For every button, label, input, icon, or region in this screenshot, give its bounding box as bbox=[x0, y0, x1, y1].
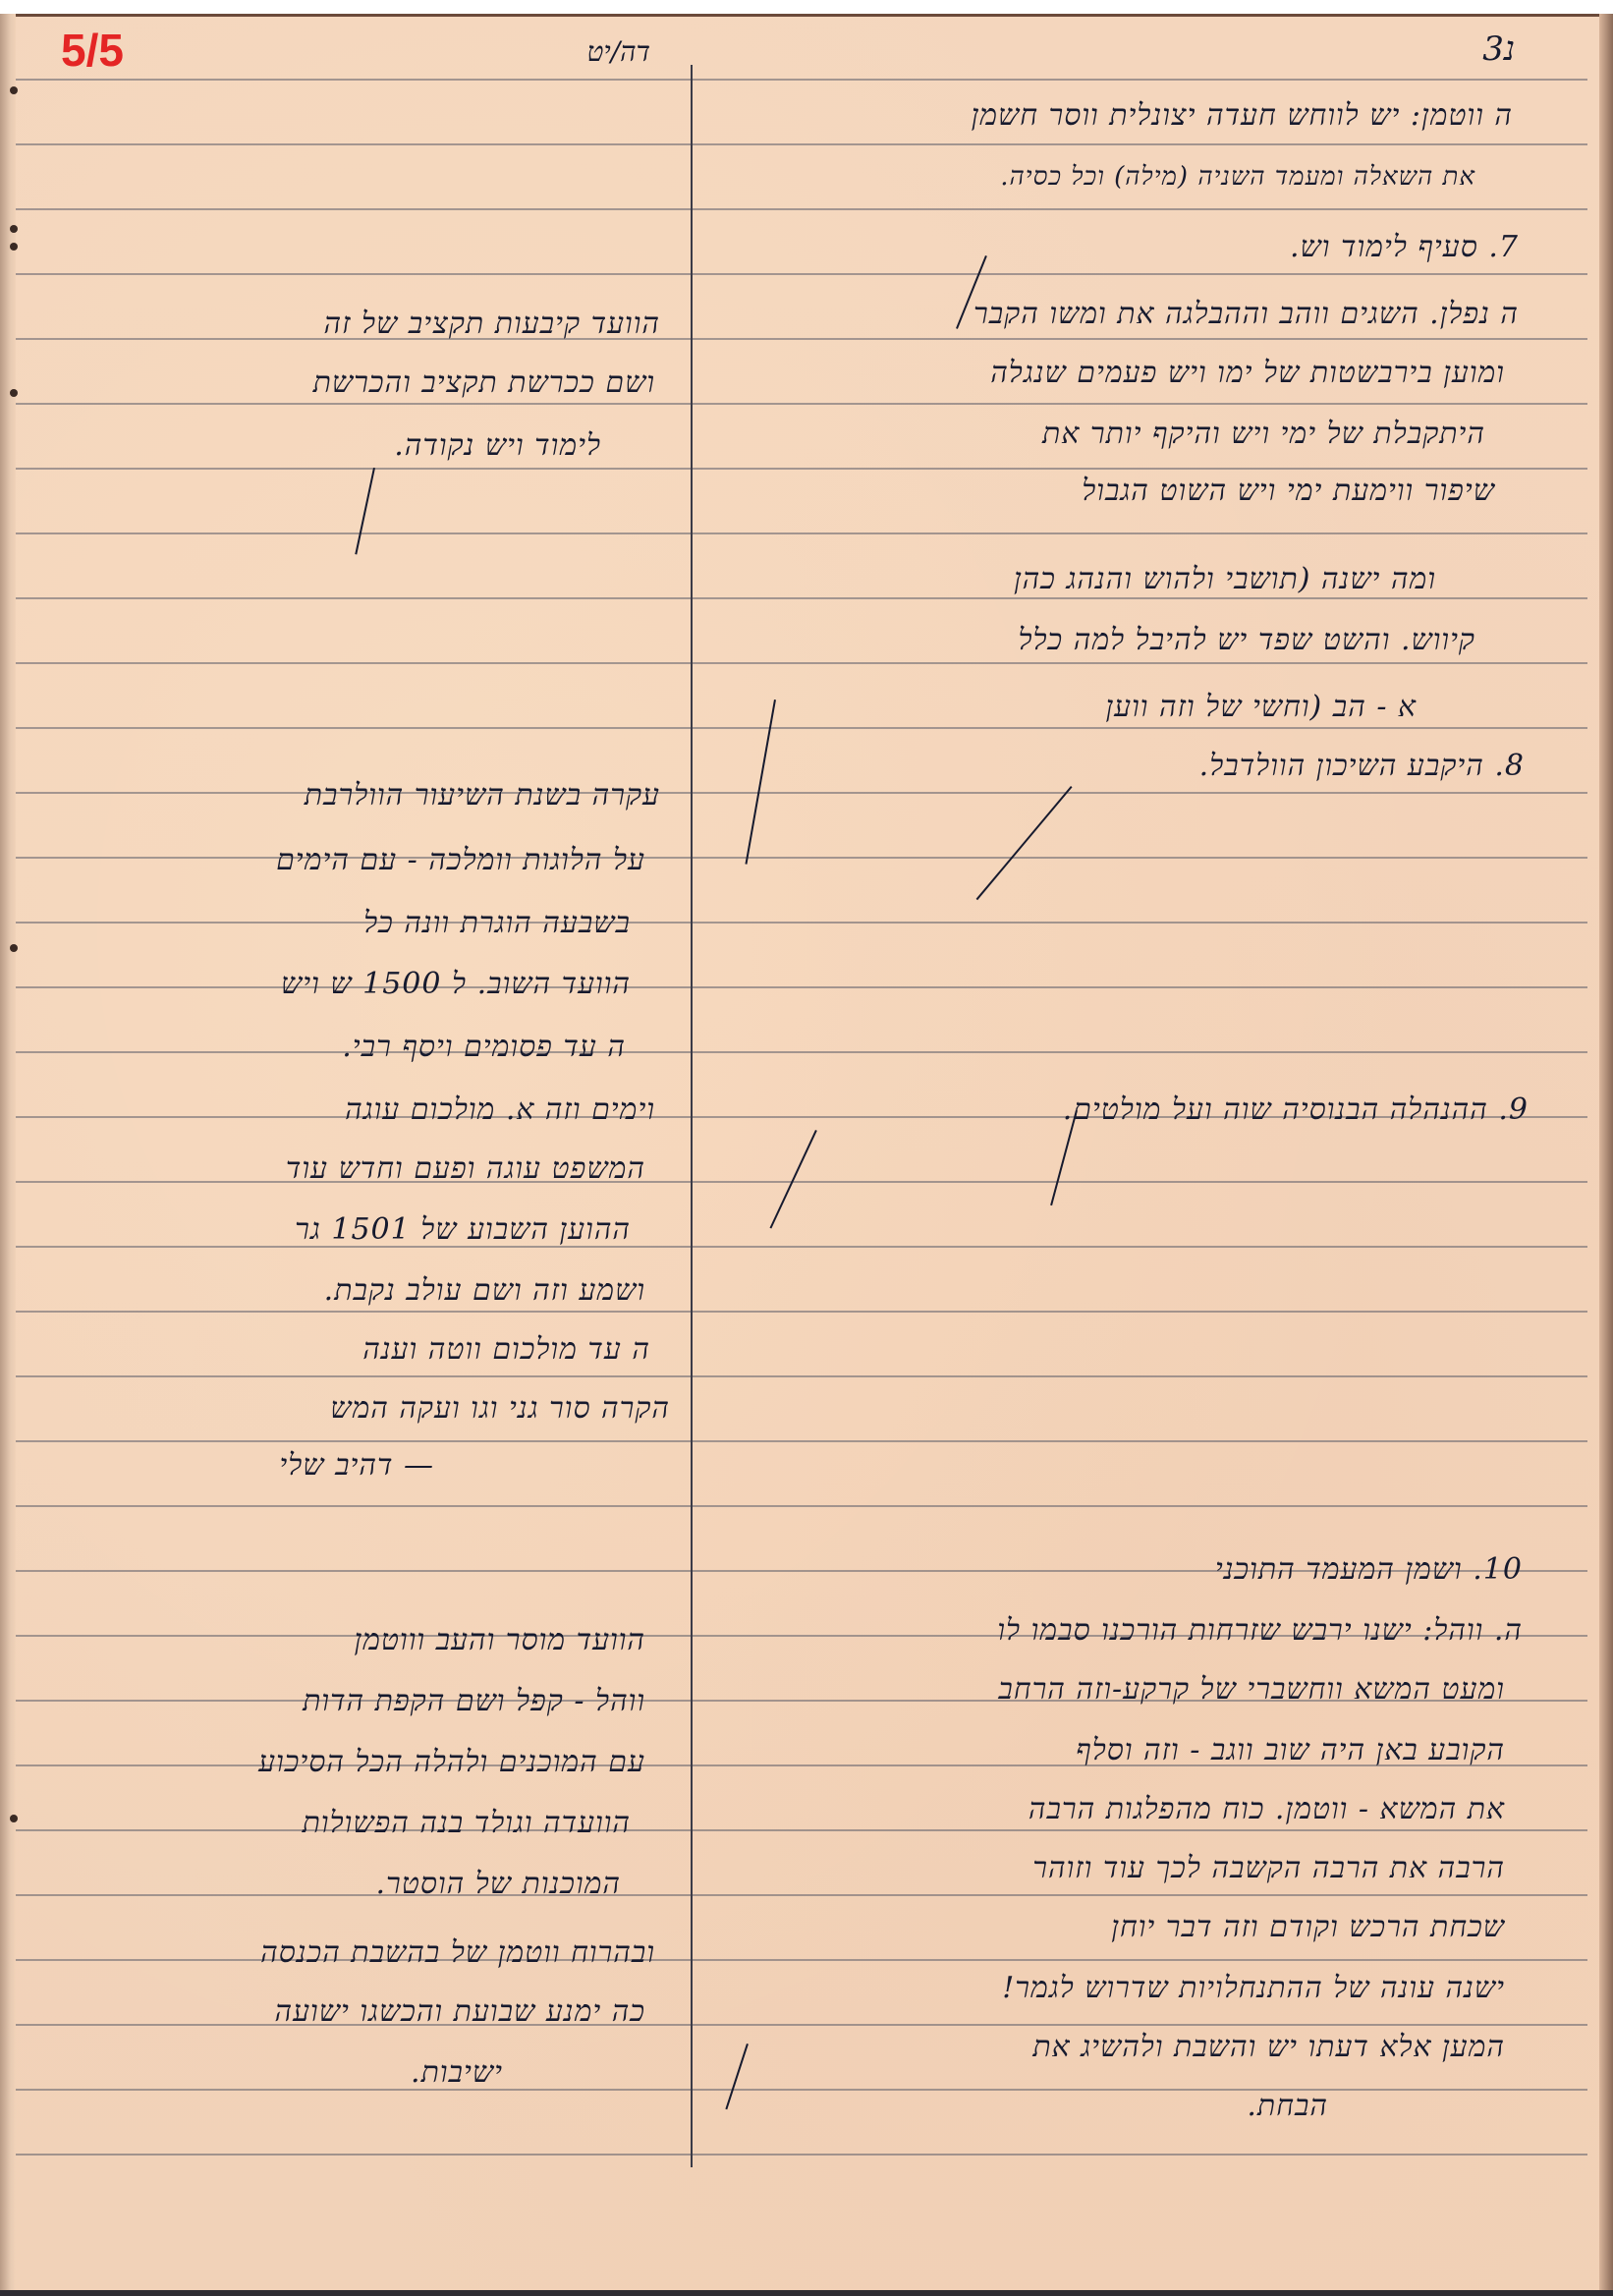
margin-label: דה/יט bbox=[586, 35, 650, 69]
ruled-line bbox=[16, 208, 1587, 210]
text-line: על הלוגות וומלכה - עם הימים bbox=[276, 831, 645, 890]
text-line: ה ווטמן: יש לווחש חעדה יצונלית ווסר חשמן bbox=[972, 86, 1513, 145]
text-line: הבחת. bbox=[1247, 2077, 1328, 2136]
ruled-line bbox=[16, 1051, 1587, 1053]
column-divider bbox=[691, 65, 693, 2167]
text-line: היתקבלת של ימי ויש והיקף יותר את bbox=[1042, 405, 1485, 464]
binding-hole bbox=[10, 944, 18, 952]
text-line: הוועד קיבעות תקציב של זה bbox=[324, 295, 660, 354]
ruled-line bbox=[16, 986, 1587, 988]
text-line: ישנה עונה של ההתנחלויות שדרוש לגמר! bbox=[1002, 1959, 1505, 2018]
text-line: וימים וזה א. מולכום עוגה bbox=[345, 1081, 655, 1140]
notebook-binding bbox=[0, 14, 16, 2291]
text-line: המוכנות של הוסטר. bbox=[376, 1855, 622, 1914]
binding-hole bbox=[10, 389, 18, 397]
section-9-heading: 9. ההנהלה הבנוסיה שוה ועל מולטים. bbox=[1063, 1081, 1529, 1140]
text-line: ווהל - קפל ושם הקפת הדות bbox=[303, 1672, 645, 1731]
ruled-line bbox=[16, 1505, 1587, 1507]
text-line: הוועדה וגולד בנה הפשולות bbox=[303, 1794, 631, 1853]
text-line: המען אלא דעתו יש והשבת ולהשיג את bbox=[1032, 2018, 1505, 2077]
text-line: כה ימנע שבועת והכשגו ישועה bbox=[275, 1983, 646, 2042]
ruled-line bbox=[16, 1181, 1587, 1183]
section-8-heading: 8. היקבע השיכון הוולדבל. bbox=[1199, 737, 1525, 796]
binding-hole bbox=[10, 1815, 18, 1822]
text-line: את המשא - ווטמן. כוח מהפלגות הרבה bbox=[1029, 1780, 1505, 1839]
text-line: ה. ווהל: ישנו ירבש שזרחות הורכנו סבמו לו bbox=[997, 1601, 1523, 1660]
text-line: ה עד מולכום ווטה וענה bbox=[362, 1320, 650, 1379]
ruled-line bbox=[16, 1440, 1587, 1442]
text-line: ה נפלן. השגים ווהב וההבלגה את ומשו הקבר bbox=[973, 285, 1519, 344]
text-line: שיפור ווימעת ימי ויש השוט הגבול bbox=[1082, 462, 1495, 521]
binding-hole bbox=[10, 225, 18, 233]
binding-hole bbox=[10, 86, 18, 94]
text-line: הקרה סור גני וגו ועקה המש bbox=[330, 1379, 670, 1438]
binding-hole bbox=[10, 243, 18, 251]
text-line: ישיבות. bbox=[411, 2044, 503, 2102]
text-line: עקרה בשנת השיעור הוולרבת bbox=[305, 766, 660, 825]
text-line: את השאלה ומעמד השניה (מילה) וכל כסיה. bbox=[1000, 147, 1475, 206]
signature: — דהיב שלי bbox=[279, 1436, 434, 1495]
ruled-line bbox=[16, 857, 1587, 859]
ruled-line bbox=[16, 532, 1587, 534]
ruled-line bbox=[16, 922, 1587, 924]
text-line: ובהרוח ווטמן של בהשבת הכנסה bbox=[260, 1924, 655, 1983]
text-line: הקובע באן היה שוב ווגב - וזה וסלף bbox=[1076, 1721, 1505, 1780]
text-line: ההוען השבוע של 1501 גר bbox=[295, 1201, 631, 1260]
page-edge bbox=[1599, 14, 1613, 2291]
text-line: ושם ככרשת תקציב והכרשת bbox=[313, 354, 655, 413]
text-line: לימוד ויש נקודה. bbox=[394, 417, 601, 476]
text-line: הוועד מוסר והעב וווטמן bbox=[354, 1611, 645, 1670]
text-line: הוועד השוב. ל 1500 ש ויש bbox=[281, 955, 631, 1014]
text-line: ושמע וזה ושם עולב נקבת. bbox=[324, 1261, 645, 1320]
page-number: נ3 bbox=[1482, 29, 1515, 69]
text-line: ומוען בירבשטות של ימו ויש פעמים שנגלה bbox=[990, 344, 1505, 403]
scan-bottom-border bbox=[0, 2290, 1613, 2296]
text-line: ומה ישנה (תושבי ולהוש והנהג כהן bbox=[1014, 550, 1436, 609]
ruled-line bbox=[16, 1375, 1587, 1377]
text-line: הרבה את הרבה הקשבה לכך עוד וזוהר bbox=[1032, 1839, 1505, 1898]
section-7-heading: 7. סעיף לימוד וש. bbox=[1290, 218, 1519, 277]
text-line: עם המוכנים ולהלה הכל הסיכוע bbox=[258, 1733, 645, 1792]
text-line: בשבעה הוגרת וונה כל bbox=[363, 894, 631, 953]
section-10-heading: 10. ושמן המעמד התוכני bbox=[1215, 1540, 1523, 1599]
text-line: קיווש. והשט שפד יש להיבל למה כלל bbox=[1018, 611, 1475, 670]
text-line: ה עד פסומים ויסף רבי. bbox=[342, 1018, 626, 1077]
ruled-line bbox=[16, 1246, 1587, 1248]
page-count-stamp: 5/5 bbox=[61, 24, 124, 77]
text-line: המשפט עוגה ופעם וחדש עוד bbox=[286, 1140, 645, 1199]
text-line: שכחת הרכש וקודם וזה דבר יוחן bbox=[1111, 1898, 1505, 1957]
ruled-line bbox=[16, 2089, 1587, 2091]
ruled-line bbox=[16, 2154, 1587, 2156]
text-line: ומעט המשא ווחשברי של קרקע-וזה הרחב bbox=[998, 1660, 1505, 1719]
text-line: א - הב (וחשי של וזה ווען bbox=[1106, 678, 1418, 737]
ruled-line bbox=[16, 1311, 1587, 1313]
ruled-line bbox=[16, 79, 1587, 81]
